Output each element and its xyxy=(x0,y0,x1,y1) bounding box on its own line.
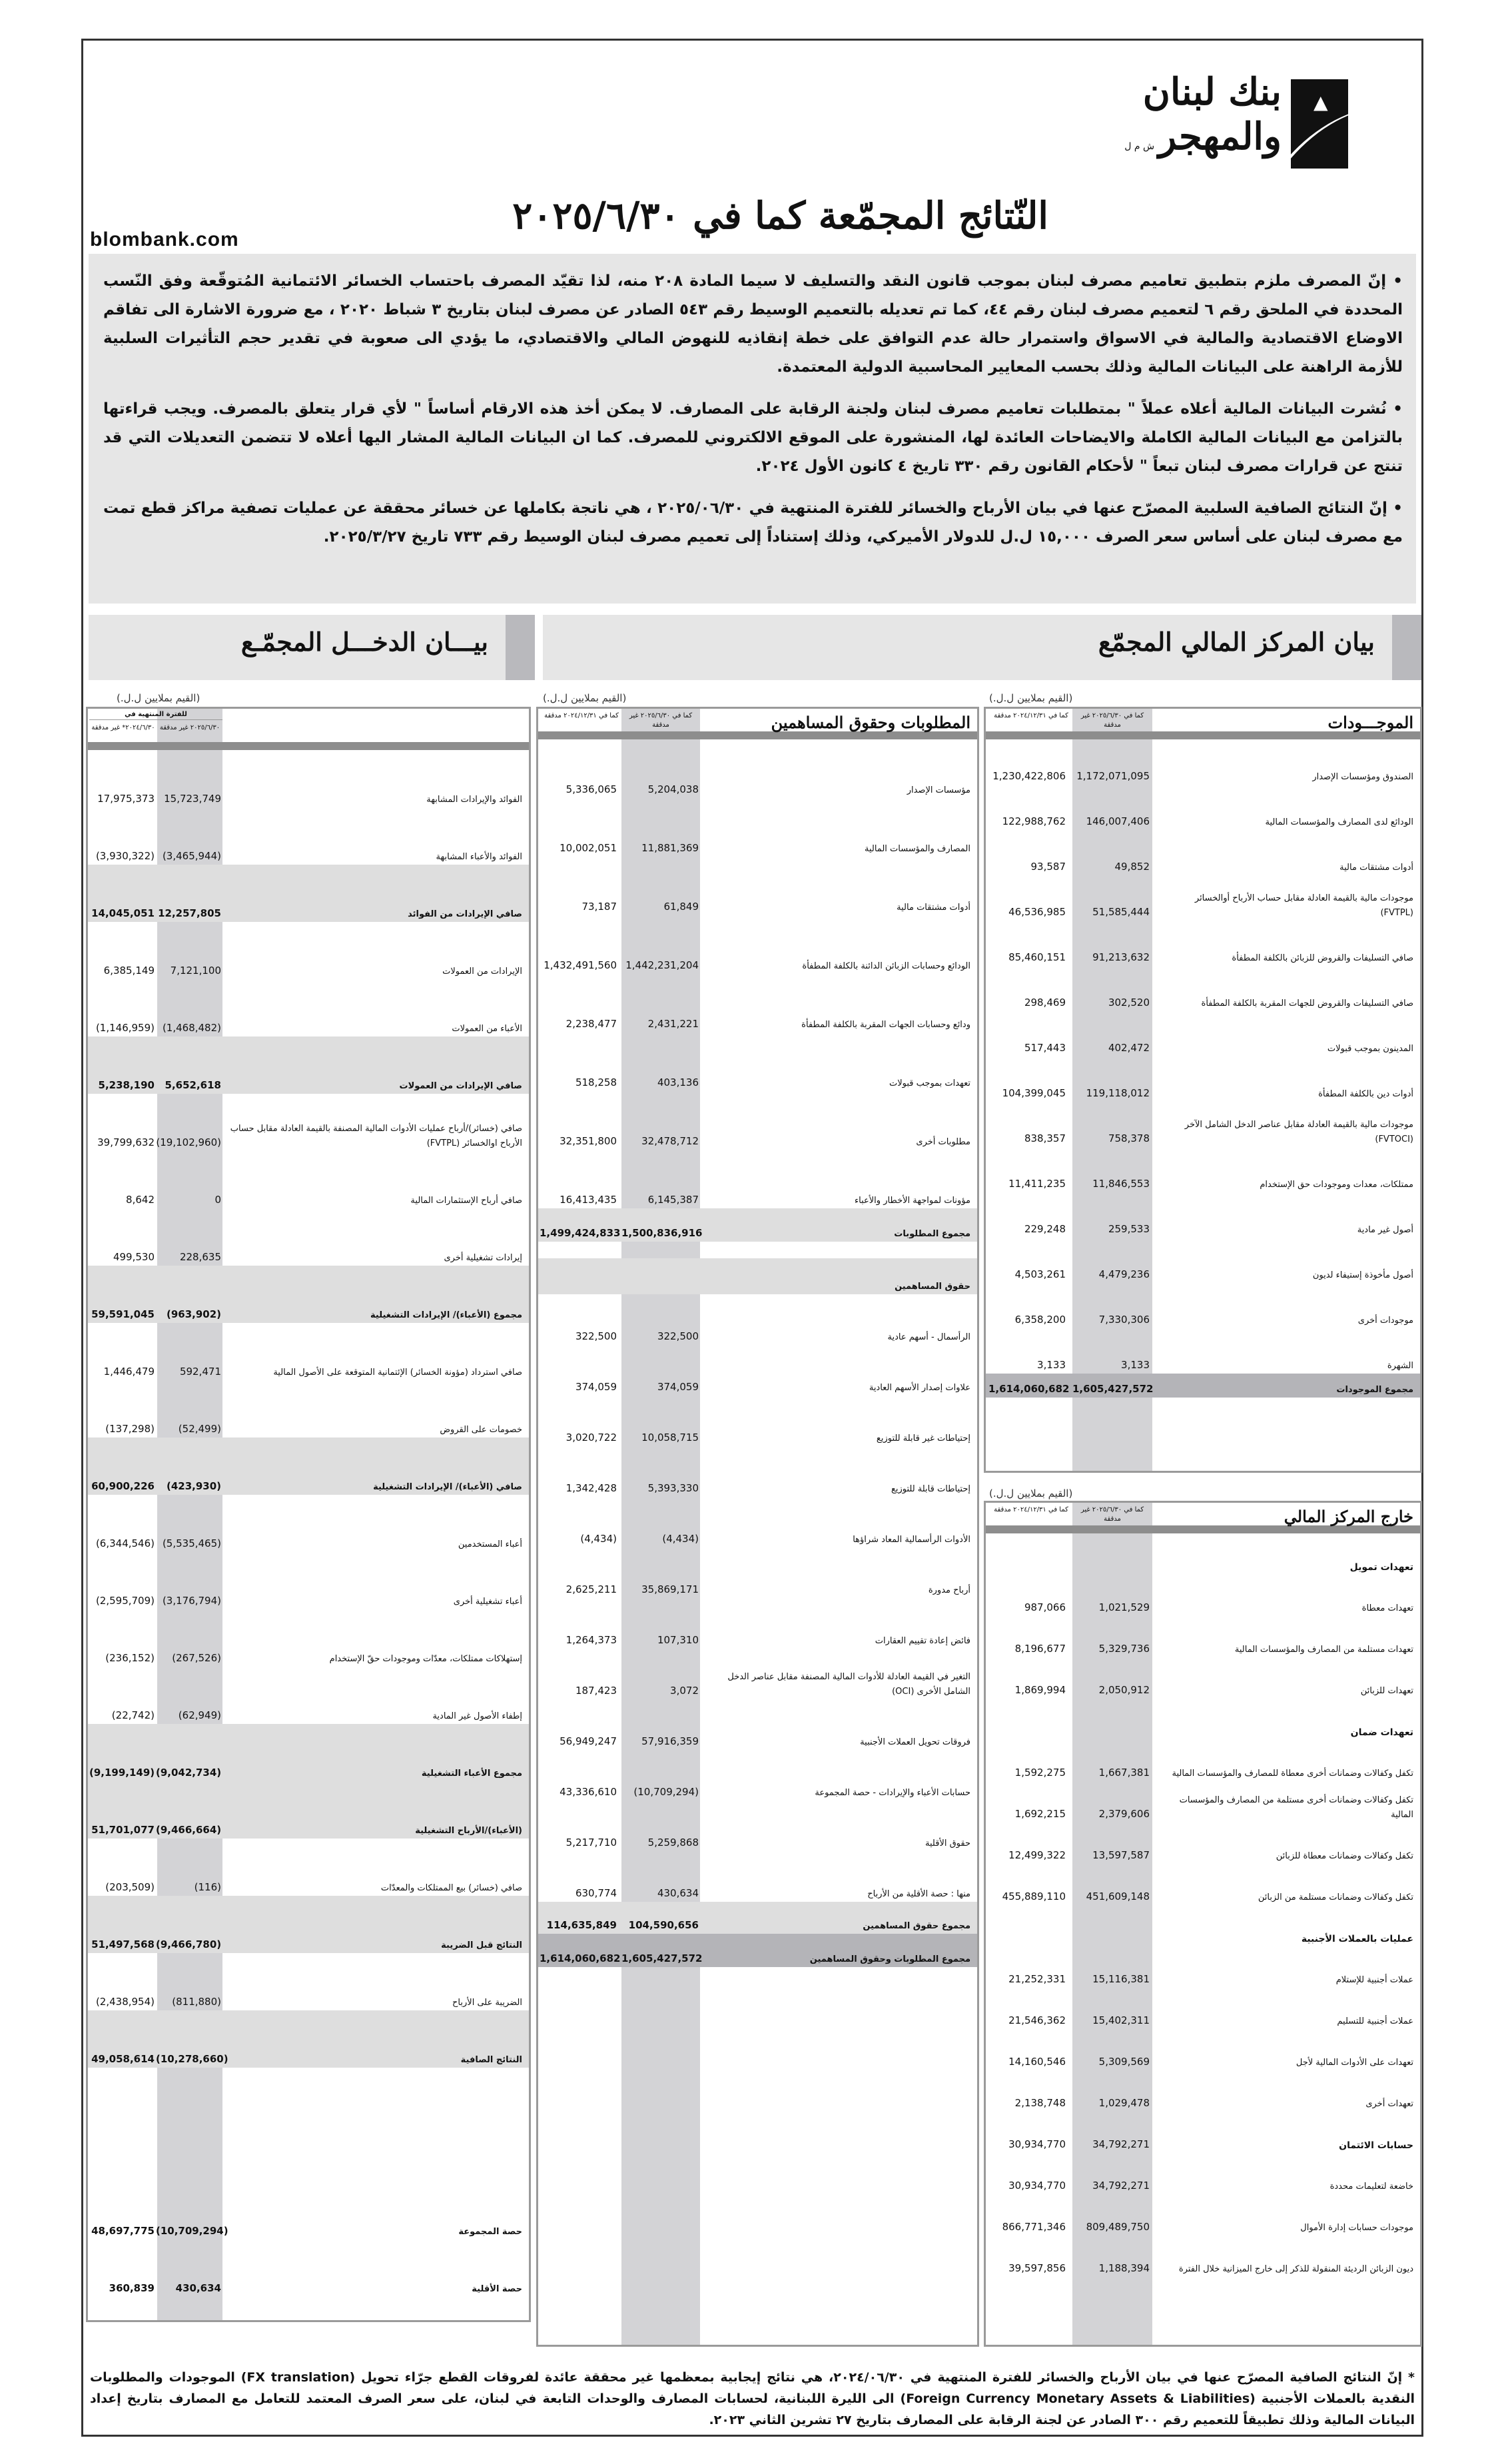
value-prior: 3,020,722 xyxy=(540,1432,617,1443)
table-row: موجودات حسابات إدارة الأموال809,489,7508… xyxy=(986,2194,1420,2236)
row-label: الشهرة xyxy=(1160,1359,1420,1374)
table-row: تعهدات للزبائن2,050,9121,869,994 xyxy=(986,1657,1420,1699)
banner-tab xyxy=(506,615,535,680)
value-prior: 5,336,065 xyxy=(540,783,617,795)
equity-title: حقوق المساهمين xyxy=(538,1280,977,1294)
value-prior: 229,248 xyxy=(988,1223,1066,1235)
row-label: مطلوبات أخرى xyxy=(711,1135,977,1150)
row-label: الصندوق ومؤسسات الإصدار xyxy=(1160,770,1420,785)
row-label: الفوائد والإيرادات المشابهة xyxy=(229,793,529,807)
table-row: خاضعة لتعليمات محددة34,792,27130,934,770 xyxy=(986,2153,1420,2194)
value-current: 107,310 xyxy=(621,1634,699,1646)
value-current: 2,379,606 xyxy=(1072,1808,1150,1820)
value-current: (4,434) xyxy=(621,1533,699,1545)
value-current: 15,723,749 xyxy=(156,793,221,805)
liabilities-title: المطلوبات وحقوق المساهمين xyxy=(771,713,970,732)
value-current: 15,116,381 xyxy=(1072,1973,1150,1985)
value-prior: 987,066 xyxy=(988,1601,1066,1613)
table-row: الفوائد والأعباء المشابهة(3,465,944)(3,9… xyxy=(88,807,529,865)
table-row: الضريبة على الأرباح(811,880)(2,438,954) xyxy=(88,1953,529,2010)
value-prior: 2,625,211 xyxy=(540,1583,617,1595)
table-row: تكفل وكفالات وضمانات معطاة للزبائن13,597… xyxy=(986,1823,1420,1864)
row-label: صافي (خسائر) بيع الممتلكات والمعدّات xyxy=(229,1881,529,1896)
value-prior: 1,499,424,833 xyxy=(540,1227,617,1239)
website-link[interactable]: blombank.com xyxy=(90,228,239,251)
row-label: المدينون بموجب قبولات xyxy=(1160,1042,1420,1056)
table-row: صافي التسليفات والقروض للجهات المقربة با… xyxy=(986,966,1420,1011)
table-row: تكفل وكفالات وضمانات أخرى مستلمة من المص… xyxy=(986,1781,1420,1823)
table-row: صافي (خسائر) بيع الممتلكات والمعدّات(116… xyxy=(88,1839,529,1896)
value-current: 146,007,406 xyxy=(1072,815,1150,827)
row-label: الأدوات الرأسمالية المعاد شراؤها xyxy=(711,1533,977,1547)
value-prior: (3,930,322) xyxy=(89,850,155,862)
col-prior-header: كما في ٢٠٢٤/١٢/٣١ مدققة xyxy=(544,711,619,721)
table-row: مطلوبات أخرى32,478,71232,351,800 xyxy=(538,1091,977,1150)
value-prior: 85,460,151 xyxy=(988,951,1066,963)
value-prior: 51,701,077 xyxy=(89,1824,155,1836)
value-current: (10,709,294) xyxy=(621,1786,699,1798)
row-label: حسابات الأعباء والإيرادات - حصة المجموعة xyxy=(711,1786,977,1801)
table-row: حصة المجموعة(10,709,294)48,697,775 xyxy=(88,2068,529,2240)
row-label: مجموع (الأعباء)/ الإيرادات التشغيلية xyxy=(229,1308,529,1323)
table-row: مؤونات لمواجهة الأخطار والأعباء6,145,387… xyxy=(538,1150,977,1208)
value-current: 5,259,868 xyxy=(621,1837,699,1848)
units-label: (القيم بملايين ل.ل.) xyxy=(989,1487,1072,1499)
value-prior: 39,799,632 xyxy=(89,1136,155,1148)
row-label: النتائج قبل الضريبة xyxy=(229,1938,529,1953)
value-prior: 1,342,428 xyxy=(540,1482,617,1494)
value-prior: 73,187 xyxy=(540,901,617,913)
row-label: الودائع وحسابات الزبائن الدائنة بالكلفة … xyxy=(711,959,977,974)
row-label: موجودات حسابات إدارة الأموال xyxy=(1160,2221,1420,2236)
banner-tab xyxy=(1392,615,1421,680)
income-statement-table: للفترة المنتهية في ٢٠٢٥/٦/٣٠ غير مدققة ٢… xyxy=(86,707,531,2322)
table-row: صافي استرداد (مؤونة الخسائر) الإئتمانية … xyxy=(88,1323,529,1380)
row-label: ديون الزبائن الرديئة المنقولة للذكر إلى … xyxy=(1160,2262,1420,2277)
total-row: مجموع المطلوبات وحقوق المساهمين1,605,427… xyxy=(538,1934,977,1967)
row-label: تعهدات للزبائن xyxy=(1160,1684,1420,1699)
row-label: تعهدات ضمان xyxy=(1160,1725,1420,1740)
row-label: تعهدات مستلمة من المصارف والمؤسسات المال… xyxy=(1160,1643,1420,1657)
row-label: صافي استرداد (مؤونة الخسائر) الإئتمانية … xyxy=(229,1366,529,1380)
table-row: ودائع وحسابات الجهات المقربة بالكلفة الم… xyxy=(538,974,977,1032)
row-label: تكفل وكفالات وضمانات مستلمة من الزبائن xyxy=(1160,1890,1420,1905)
value-current: 402,472 xyxy=(1072,1042,1150,1054)
units-label: (القيم بملايين ل.ل.) xyxy=(989,692,1072,704)
value-current: 2,431,221 xyxy=(621,1018,699,1030)
row-label: (الأعباء)/الأرباح التشغيلية xyxy=(229,1824,529,1839)
row-label: خصومات على القروض xyxy=(229,1423,529,1437)
value-prior: (1,146,959) xyxy=(89,1022,155,1034)
row-label: أرباح مدورة xyxy=(711,1583,977,1598)
table-row: تكفل وكفالات وضمانات أخرى معطاة للمصارف … xyxy=(986,1740,1420,1781)
value-current: (3,176,794) xyxy=(156,1595,221,1607)
value-prior: 21,252,331 xyxy=(988,1973,1066,1985)
page-title: النّتائج المجمّعة كما في ٢٠٢٥/٦/٣٠ xyxy=(512,194,1048,238)
row-label: النتائج الصافية xyxy=(229,2053,529,2068)
value-current: 758,378 xyxy=(1072,1132,1150,1144)
bank-name: بنك لبنان والمهجرش م ل xyxy=(1124,69,1282,168)
value-current: 403,136 xyxy=(621,1076,699,1088)
table-row: حسابات الأعباء والإيرادات - حصة المجموعة… xyxy=(538,1750,977,1801)
col-current-header: كما في ٢٠٢٥/٦/٣٠ غير مدققة xyxy=(1078,711,1147,730)
total-row: صافي (الأعباء)/ الإيرادات التشغيلية(423,… xyxy=(88,1437,529,1495)
income-statement-banner: بيـــان الدخـــل المجمّـع xyxy=(89,615,535,680)
value-prior: (9,199,149) xyxy=(89,1767,155,1779)
units-label: (القيم بملايين ل.ل.) xyxy=(117,692,200,704)
value-prior: 1,614,060,682 xyxy=(988,1383,1066,1395)
value-current: 34,792,271 xyxy=(1072,2138,1150,2150)
table-row: إحتياطات قابلة للتوزيع5,393,3301,342,428 xyxy=(538,1446,977,1497)
table-row: إيرادات تشغيلية أخرى228,635499,530 xyxy=(88,1208,529,1266)
row-label: الإيرادات من العمولات xyxy=(229,965,529,979)
value-current: 49,852 xyxy=(1072,861,1150,873)
row-label: الودائع لدى المصارف والمؤسسات المالية xyxy=(1160,815,1420,830)
value-prior: 1,592,275 xyxy=(988,1767,1066,1779)
row-label: تعهدات بموجب قبولات xyxy=(711,1076,977,1091)
row-label: المصارف والمؤسسات المالية xyxy=(711,842,977,857)
disclaimer-notes: • إنّ المصرف ملزم بتطبيق تعاميم مصرف لبن… xyxy=(89,254,1416,604)
value-prior: 5,238,190 xyxy=(89,1079,155,1091)
value-current: 430,634 xyxy=(156,2282,221,2294)
value-prior: 10,002,051 xyxy=(540,842,617,854)
total-row: (الأعباء)/الأرباح التشغيلية(9,466,664)51… xyxy=(88,1781,529,1839)
row-label: صافي التسليفات والقروض للجهات المقربة با… xyxy=(1160,997,1420,1011)
value-current: 104,590,656 xyxy=(621,1919,699,1931)
table-row: ديون الزبائن الرديئة المنقولة للذكر إلى … xyxy=(986,2236,1420,2277)
value-current: (9,466,664) xyxy=(156,1824,221,1836)
value-current: 61,849 xyxy=(621,901,699,913)
value-prior: 1,614,060,682 xyxy=(540,1952,617,1964)
value-prior: 14,160,546 xyxy=(988,2056,1066,2068)
row-label: خاضعة لتعليمات محددة xyxy=(1160,2180,1420,2194)
value-current: 1,029,478 xyxy=(1072,2097,1150,2109)
total-row: صافي الإيرادات من العمولات5,652,6185,238… xyxy=(88,1036,529,1094)
value-current: (9,042,734) xyxy=(156,1767,221,1779)
col-current-header: ٢٠٢٥/٦/٣٠ غير مدققة xyxy=(157,723,222,733)
value-prior: 6,358,200 xyxy=(988,1314,1066,1326)
col-current-header: كما في ٢٠٢٥/٦/٣٠ غير مدققة xyxy=(1078,1505,1147,1524)
col-current-header: كما في ٢٠٢٥/٦/٣٠ غير مدققة xyxy=(625,711,697,730)
value-current: 1,172,071,095 xyxy=(1072,770,1150,782)
value-prior: 56,949,247 xyxy=(540,1735,617,1747)
value-prior: 104,399,045 xyxy=(988,1087,1066,1099)
value-current: (116) xyxy=(156,1881,221,1893)
value-prior: 1,446,479 xyxy=(89,1366,155,1378)
value-prior: 360,839 xyxy=(89,2282,155,2294)
value-prior: 93,587 xyxy=(988,861,1066,873)
value-current: 5,204,038 xyxy=(621,783,699,795)
total-row: النتائج الصافية(10,278,660)49,058,614 xyxy=(88,2010,529,2068)
balance-sheet-title: بيان المركز المالي المجمّع xyxy=(1098,627,1375,657)
value-current: 1,188,394 xyxy=(1072,2262,1150,2274)
value-current: 1,500,836,916 xyxy=(621,1227,699,1239)
value-current: (10,709,294) xyxy=(156,2225,221,2237)
bank-name-line1: بنك لبنان xyxy=(1124,69,1282,115)
value-current: 7,330,306 xyxy=(1072,1314,1150,1326)
row-label: فروقات تحويل العملات الأجنبية xyxy=(711,1735,977,1750)
value-prior: (22,742) xyxy=(89,1709,155,1721)
spacer xyxy=(538,1242,977,1258)
value-current: 374,059 xyxy=(621,1381,699,1393)
table-row: الفوائد والإيرادات المشابهة15,723,74917,… xyxy=(88,750,529,807)
row-label: موجودات مالية بالقيمة العادلة مقابل حساب… xyxy=(1160,891,1420,921)
value-current: 34,792,271 xyxy=(1072,2180,1150,2192)
value-prior: 49,058,614 xyxy=(89,2053,155,2065)
value-prior: 48,697,775 xyxy=(89,2225,155,2237)
value-prior: 46,536,985 xyxy=(988,906,1066,918)
table-row: التغير في القيمة العادلة للأدوات المالية… xyxy=(538,1649,977,1699)
value-current: 51,585,444 xyxy=(1072,906,1150,918)
value-prior: 12,499,322 xyxy=(988,1849,1066,1861)
value-prior: (4,434) xyxy=(540,1533,617,1545)
table-row: الشهرة3,1333,133 xyxy=(986,1328,1420,1374)
value-prior: 14,045,051 xyxy=(89,907,155,919)
value-prior: 1,432,491,560 xyxy=(540,959,617,971)
table-row: الإيرادات من العمولات7,121,1006,385,149 xyxy=(88,922,529,979)
row-label: تعهدات معطاة xyxy=(1160,1601,1420,1616)
table-row: فروقات تحويل العملات الأجنبية57,916,3595… xyxy=(538,1699,977,1750)
value-current: (1,468,482) xyxy=(156,1022,221,1034)
note-1: • إنّ المصرف ملزم بتطبيق تعاميم مصرف لبن… xyxy=(103,267,1403,382)
value-prior: 17,975,373 xyxy=(89,793,155,805)
value-prior: 4,503,261 xyxy=(988,1268,1066,1280)
value-current: 1,667,381 xyxy=(1072,1767,1150,1779)
row-label: ممتلكات، معدات وموجودات حق الإستخدام xyxy=(1160,1178,1420,1192)
table-row: عملات أجنبية للإستلام15,116,38121,252,33… xyxy=(986,1946,1420,1988)
value-prior: 187,423 xyxy=(540,1685,617,1697)
value-prior: 39,597,856 xyxy=(988,2262,1066,2274)
row-label: صافي (خسائر)/أرباح عمليات الأدوات المالي… xyxy=(229,1122,529,1151)
balance-sheet-banner: بيان المركز المالي المجمّع xyxy=(543,615,1421,680)
total-row: النتائج قبل الضريبة(9,466,780)51,497,568 xyxy=(88,1896,529,1953)
row-label: فائض إعادة تقييم العقارات xyxy=(711,1634,977,1649)
value-prior: (2,438,954) xyxy=(89,1996,155,2008)
table-row: موجودات أخرى7,330,3066,358,200 xyxy=(986,1283,1420,1328)
row-label: إستهلاكات ممتلكات، معدّات وموجودات حقّ ا… xyxy=(229,1652,529,1667)
value-prior: 455,889,110 xyxy=(988,1890,1066,1902)
value-current: (9,466,780) xyxy=(156,1938,221,1950)
assets-title: الموجـــودات xyxy=(1327,713,1413,732)
value-prior: 1,869,994 xyxy=(988,1684,1066,1696)
row-label: موجودات أخرى xyxy=(1160,1314,1420,1328)
row-label: حصة الأقلية xyxy=(229,2282,529,2297)
value-current: (19,102,960) xyxy=(156,1136,221,1148)
value-current: 4,479,236 xyxy=(1072,1268,1150,1280)
value-current: 3,072 xyxy=(621,1685,699,1697)
value-prior: (137,298) xyxy=(89,1423,155,1435)
value-current: 5,329,736 xyxy=(1072,1643,1150,1655)
row-label: إيرادات تشغيلية أخرى xyxy=(229,1251,529,1266)
value-prior: 21,546,362 xyxy=(988,2014,1066,2026)
value-current: 592,471 xyxy=(156,1366,221,1378)
row-label: تعهدات أخرى xyxy=(1160,2097,1420,2112)
row-label: الأعباء من العمولات xyxy=(229,1022,529,1036)
row-label: صافي الإيرادات من العمولات xyxy=(229,1079,529,1094)
value-current: 1,605,427,572 xyxy=(621,1952,699,1964)
assets-table: الموجـــودات كما في ٢٠٢٥/٦/٣٠ غير مدققة … xyxy=(984,707,1422,1473)
value-prior: 1,264,373 xyxy=(540,1634,617,1646)
value-prior: 5,217,710 xyxy=(540,1837,617,1848)
value-prior: 3,133 xyxy=(988,1359,1066,1371)
value-prior: 838,357 xyxy=(988,1132,1066,1144)
row-label: أعباء المستخدمين xyxy=(229,1537,529,1552)
value-current: 809,489,750 xyxy=(1072,2221,1150,2233)
value-current: 57,916,359 xyxy=(621,1735,699,1747)
row-label: تعهدات تمويل xyxy=(1160,1560,1420,1575)
table-row: فائض إعادة تقييم العقارات107,3101,264,37… xyxy=(538,1598,977,1649)
total-row: مجموع المطلوبات1,500,836,9161,499,424,83… xyxy=(538,1208,977,1242)
value-prior: 866,771,346 xyxy=(988,2221,1066,2233)
value-prior: 2,138,748 xyxy=(988,2097,1066,2109)
value-current: 35,869,171 xyxy=(621,1583,699,1595)
value-prior: 298,469 xyxy=(988,997,1066,1009)
row-label: عملات أجنبية للإستلام xyxy=(1160,1973,1420,1988)
table-row: مؤسسات الإصدار5,204,0385,336,065 xyxy=(538,739,977,798)
row-label: إحتياطات قابلة للتوزيع xyxy=(711,1482,977,1497)
table-row: ممتلكات، معدات وموجودات حق الإستخدام11,8… xyxy=(986,1147,1420,1192)
row-label: مؤسسات الإصدار xyxy=(711,783,977,798)
row-label: ودائع وحسابات الجهات المقربة بالكلفة الم… xyxy=(711,1018,977,1032)
table-row: أدوات مشتقات مالية61,84973,187 xyxy=(538,857,977,915)
col-prior-header: ٢٠٢٤/٦/٣٠* غير مدققة xyxy=(91,723,156,733)
value-prior: 16,413,435 xyxy=(540,1194,617,1206)
value-current: 15,402,311 xyxy=(1072,2014,1150,2026)
value-prior: 114,635,849 xyxy=(540,1919,617,1931)
row-label: تكفل وكفالات وضمانات أخرى مستلمة من المص… xyxy=(1160,1793,1420,1823)
row-label: تكفل وكفالات وضمانات معطاة للزبائن xyxy=(1160,1849,1420,1864)
value-prior: 518,258 xyxy=(540,1076,617,1088)
value-current: 11,881,369 xyxy=(621,842,699,854)
row-label: أدوات مشتقات مالية xyxy=(711,901,977,915)
value-current: (5,535,465) xyxy=(156,1537,221,1549)
row-label: حسابات الائتمان xyxy=(1160,2138,1420,2153)
income-rows: الفوائد والإيرادات المشابهة15,723,74917,… xyxy=(88,750,529,2297)
assets-rows: الصندوق ومؤسسات الإصدار1,172,071,0951,23… xyxy=(986,739,1420,1398)
table-row: موجودات مالية بالقيمة العادلة مقابل حساب… xyxy=(986,875,1420,921)
table-row: إستهلاكات ممتلكات، معدّات وموجودات حقّ ا… xyxy=(88,1609,529,1667)
table-row: إحتياطات غير قابلة للتوزيع10,058,7153,02… xyxy=(538,1396,977,1446)
value-prior: 517,443 xyxy=(988,1042,1066,1054)
legal-suffix: ش م ل xyxy=(1124,141,1154,152)
value-prior: 43,336,610 xyxy=(540,1786,617,1798)
table-row: تعهدات على الأدوات المالية لأجل5,309,569… xyxy=(986,2029,1420,2070)
section-row: حسابات الائتمان34,792,27130,934,770 xyxy=(986,2112,1420,2153)
liabilities-equity-table: المطلوبات وحقوق المساهمين كما في ٢٠٢٥/٦/… xyxy=(536,707,979,2347)
row-label: التغير في القيمة العادلة للأدوات المالية… xyxy=(711,1670,977,1699)
table-row: صافي التسليفات والقروض للزبائن بالكلفة ا… xyxy=(986,921,1420,966)
value-prior: 8,196,677 xyxy=(988,1643,1066,1655)
table-row: تعهدات بموجب قبولات403,136518,258 xyxy=(538,1032,977,1091)
value-current: 228,635 xyxy=(156,1251,221,1263)
value-current: 6,145,387 xyxy=(621,1194,699,1206)
footnote: * إنّ النتائج الصافية المصرّح عنها في بي… xyxy=(90,2367,1415,2431)
row-label: أصول غير مادية xyxy=(1160,1223,1420,1238)
row-label: الفوائد والأعباء المشابهة xyxy=(229,850,529,865)
table-row: أرباح مدورة35,869,1712,625,211 xyxy=(538,1547,977,1598)
page-frame: ▲ بنك لبنان والمهجرش م ل النّتائج المجمّ… xyxy=(81,39,1423,2437)
col-prior-header: كما في ٢٠٢٤/١٢/٣١ مدققة xyxy=(992,711,1070,721)
table-row: المدينون بموجب قبولات402,472517,443 xyxy=(986,1011,1420,1056)
col-prior-header: كما في ٢٠٢٤/١٢/٣١ مدققة xyxy=(992,1505,1070,1515)
table-row: أعباء تشغيلية أخرى(3,176,794)(2,595,709) xyxy=(88,1552,529,1609)
row-label: حصة المجموعة xyxy=(229,2225,529,2240)
value-current: (267,526) xyxy=(156,1652,221,1664)
row-label: عملات أجنبية للتسليم xyxy=(1160,2014,1420,2029)
value-prior: 30,934,770 xyxy=(988,2180,1066,2192)
value-current: (10,278,660) xyxy=(156,2053,221,2065)
table-row: حصة الأقلية430,634360,839 xyxy=(88,2240,529,2297)
value-current: 10,058,715 xyxy=(621,1432,699,1443)
value-prior: 30,934,770 xyxy=(988,2138,1066,2150)
value-prior: 8,642 xyxy=(89,1194,155,1206)
row-label: أعباء تشغيلية أخرى xyxy=(229,1595,529,1609)
row-label: الضريبة على الأرباح xyxy=(229,1996,529,2010)
table-row: الأعباء من العمولات(1,468,482)(1,146,959… xyxy=(88,979,529,1036)
table-row: تعهدات معطاة1,021,529987,066 xyxy=(986,1575,1420,1616)
row-label: تعهدات على الأدوات المالية لأجل xyxy=(1160,2056,1420,2070)
table-row: خصومات على القروض(52,499)(137,298) xyxy=(88,1380,529,1437)
total-row: مجموع حقوق المساهمين104,590,656114,635,8… xyxy=(538,1902,977,1934)
value-current: (62,949) xyxy=(156,1709,221,1721)
row-label: صافي الإيرادات من الفوائد xyxy=(229,907,529,922)
value-prior: 499,530 xyxy=(89,1251,155,1263)
row-label: صافي (الأعباء)/ الإيرادات التشغيلية xyxy=(229,1480,529,1495)
table-row: الأدوات الرأسمالية المعاد شراؤها(4,434)(… xyxy=(538,1497,977,1547)
table-row: أدوات دين بالكلفة المطفأة119,118,012104,… xyxy=(986,1056,1420,1102)
value-current: 5,393,330 xyxy=(621,1482,699,1494)
value-prior: (2,595,709) xyxy=(89,1595,155,1607)
section-row: عمليات بالعملات الأجنبية xyxy=(986,1905,1420,1946)
value-current: 12,257,805 xyxy=(156,907,221,919)
value-current: 302,520 xyxy=(1072,997,1150,1009)
row-label: مجموع الأعباء التشغيلية xyxy=(229,1767,529,1781)
total-row: مجموع الأعباء التشغيلية(9,042,734)(9,199… xyxy=(88,1724,529,1781)
value-current: 322,500 xyxy=(621,1330,699,1342)
value-prior: (203,509) xyxy=(89,1881,155,1893)
value-current: 91,213,632 xyxy=(1072,951,1150,963)
value-current: 1,021,529 xyxy=(1072,1601,1150,1613)
value-current: 2,050,912 xyxy=(1072,1684,1150,1696)
row-label: حقوق الأقلية xyxy=(711,1837,977,1851)
value-prior: 322,500 xyxy=(540,1330,617,1342)
value-current: 259,533 xyxy=(1072,1223,1150,1235)
total-row: صافي الإيرادات من الفوائد12,257,80514,04… xyxy=(88,865,529,922)
row-label: إحتياطات غير قابلة للتوزيع xyxy=(711,1432,977,1446)
value-prior: 2,238,477 xyxy=(540,1018,617,1030)
row-label: صافي التسليفات والقروض للزبائن بالكلفة ا… xyxy=(1160,951,1420,966)
value-prior: 6,385,149 xyxy=(89,965,155,977)
value-prior: 59,591,045 xyxy=(89,1308,155,1320)
value-current: 32,478,712 xyxy=(621,1135,699,1147)
table-row: موجودات مالية بالقيمة العادلة مقابل عناص… xyxy=(986,1102,1420,1147)
value-current: 0 xyxy=(156,1194,221,1206)
value-current: 451,609,148 xyxy=(1072,1890,1150,1902)
row-label: صافي أرباح الإستثمارات المالية xyxy=(229,1194,529,1208)
row-label: عمليات بالعملات الأجنبية xyxy=(1160,1932,1420,1946)
off-balance-table: خارج المركز المالي كما في ٢٠٢٥/٦/٣٠ غير … xyxy=(984,1501,1422,2347)
units-label: (القيم بملايين ل.ل.) xyxy=(543,692,626,704)
value-prior: 11,411,235 xyxy=(988,1178,1066,1190)
table-row: أصول مأخوذة إستيفاء لديون4,479,2364,503,… xyxy=(986,1238,1420,1283)
table-row: أدوات مشتقات مالية49,85293,587 xyxy=(986,830,1420,875)
row-label: منها : حصة الأقلية من الأرباح xyxy=(711,1887,977,1902)
period-header: للفترة المنتهية في xyxy=(89,710,222,720)
row-label: أدوات مشتقات مالية xyxy=(1160,861,1420,875)
total-row: مجموع (الأعباء)/ الإيرادات التشغيلية(963… xyxy=(88,1266,529,1323)
row-label: تكفل وكفالات وضمانات أخرى معطاة للمصارف … xyxy=(1160,1767,1420,1781)
bank-name-line2: والمهجر xyxy=(1158,115,1282,159)
